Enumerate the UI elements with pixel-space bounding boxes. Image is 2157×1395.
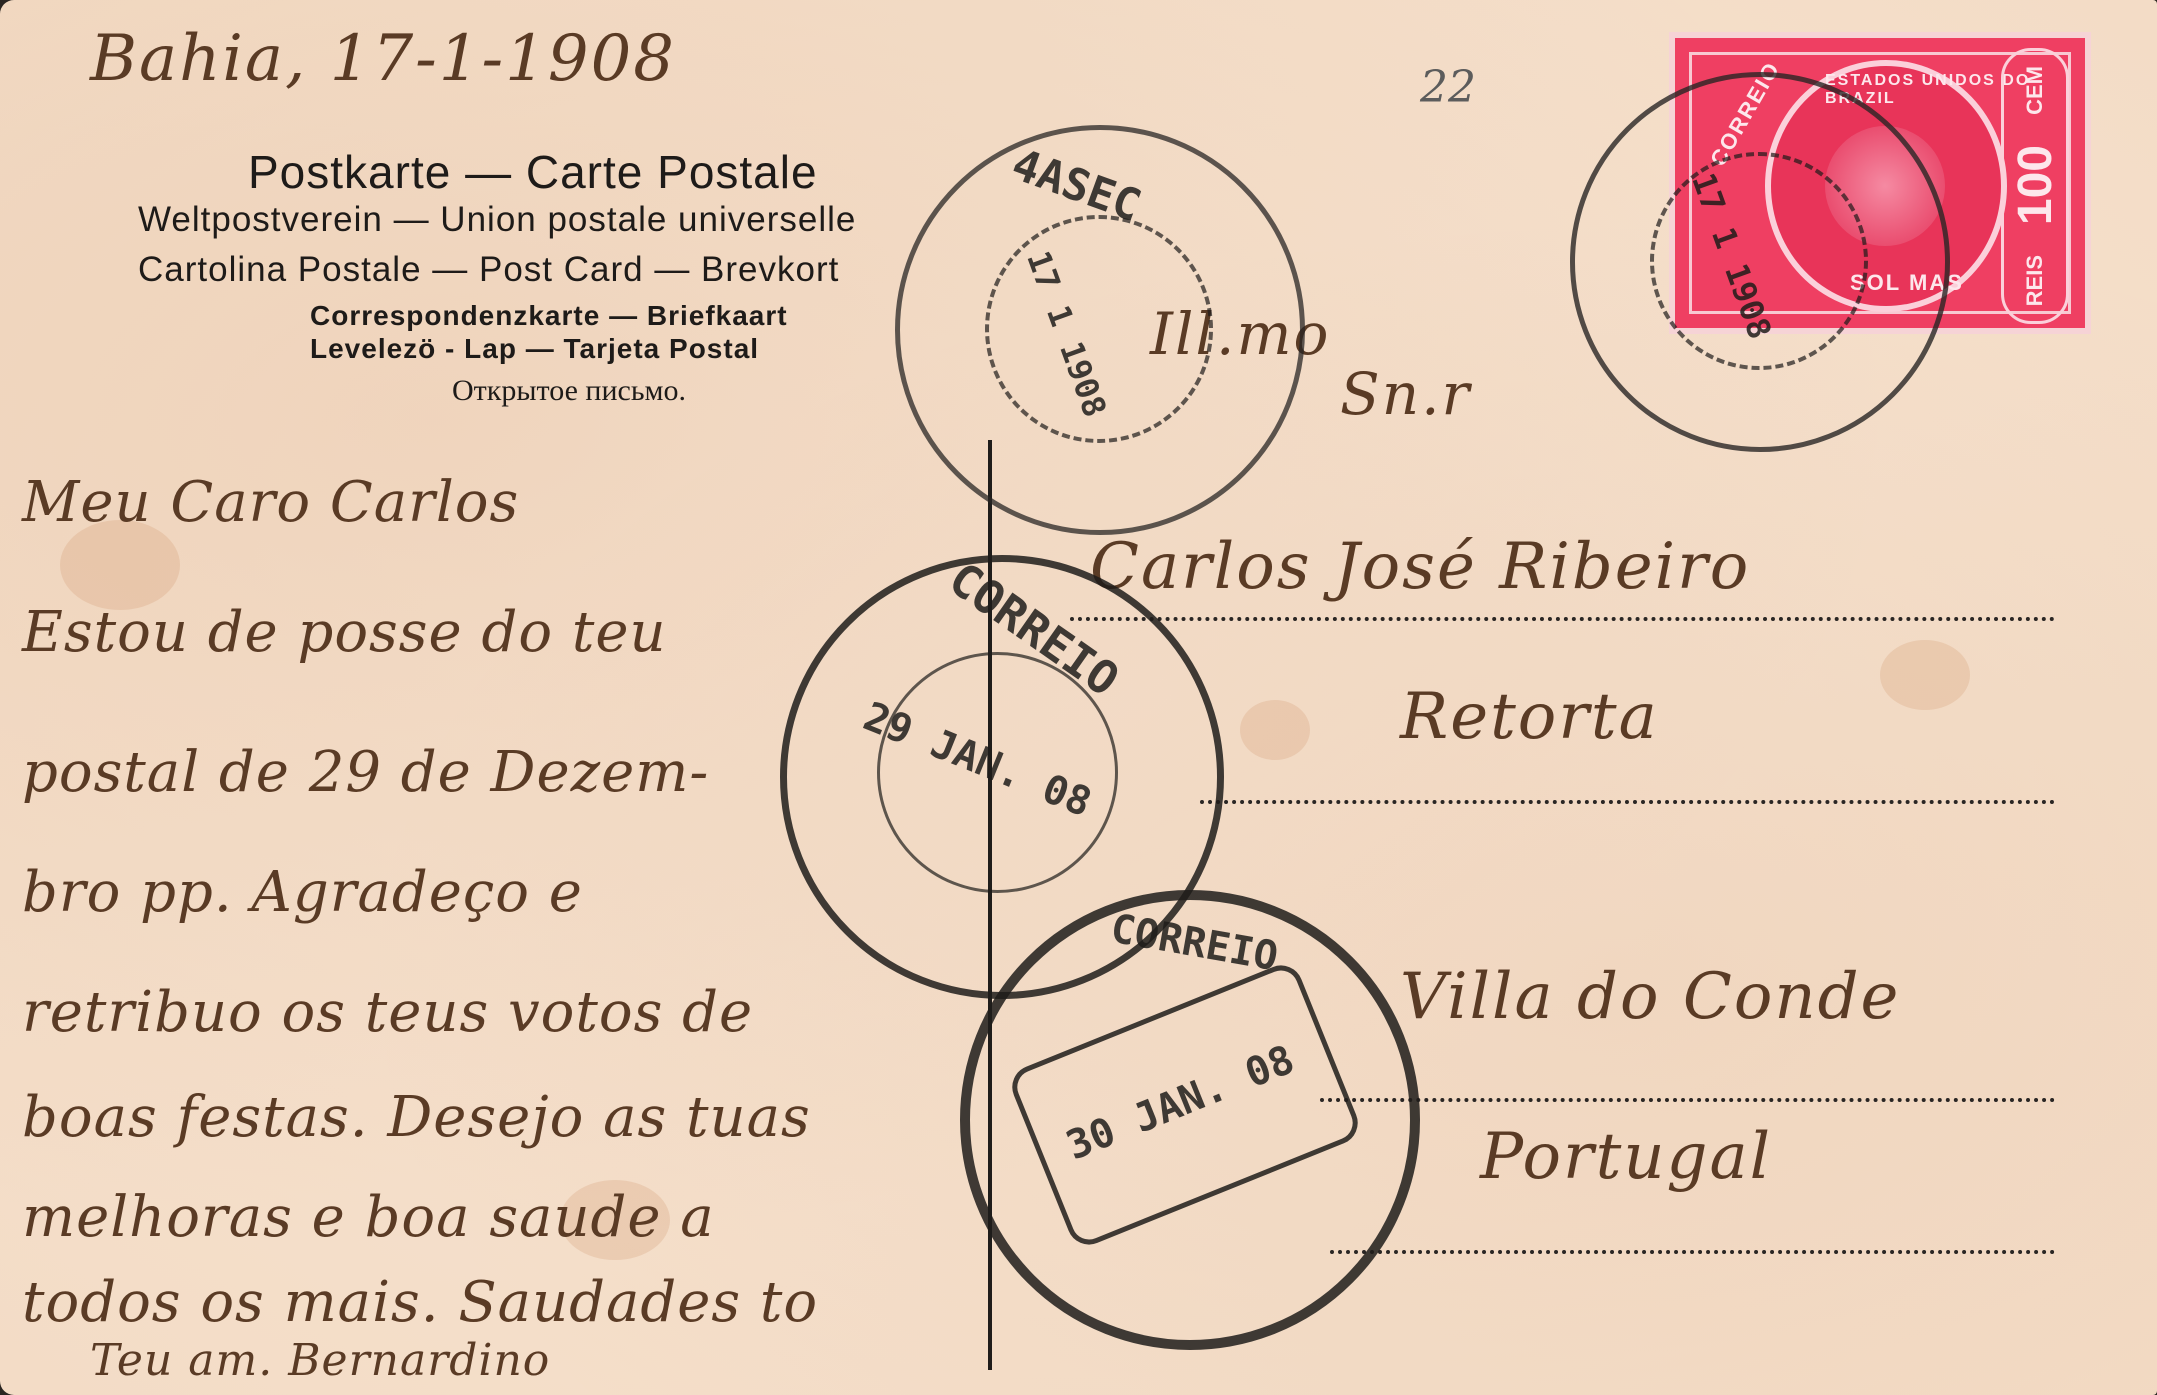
stamp-value-words: CEM — [2022, 66, 2048, 115]
message-line: boas festas. Desejo as tuas — [22, 1085, 811, 1150]
handwritten-date: Bahia, 17-1-1908 — [90, 22, 676, 96]
address-rule — [1200, 800, 2055, 804]
postmark-villa-do-conde: CORREIO 30 JAN. 08 — [960, 890, 1420, 1350]
foxing-spot — [1240, 700, 1310, 760]
address-rule — [1070, 617, 2055, 621]
message-line: todos os mais. Saudades to — [22, 1270, 818, 1335]
address-rule — [1320, 1098, 2055, 1102]
pencil-note: 22 — [1420, 62, 1476, 113]
address-country: Portugal — [1480, 1120, 1772, 1194]
message-line: Estou de posse do teu — [22, 600, 667, 665]
address-locality: Retorta — [1400, 680, 1659, 754]
stamp-value-number: 100 — [2008, 145, 2063, 225]
message-line: bro pp. Agradeço e — [22, 860, 583, 925]
address-name: Carlos José Ribeiro — [1090, 530, 1750, 604]
signature: Teu am. Bernardino — [90, 1335, 550, 1386]
address-rule — [1330, 1250, 2055, 1254]
foxing-spot — [1880, 640, 1970, 710]
header-line-3: Cartolina Postale — Post Card — Brevkort — [138, 250, 839, 290]
message-line: retribuo os teus votos de — [22, 980, 753, 1045]
postmark-ring-text: CORREIO — [1107, 906, 1281, 981]
message-line: Meu Caro Carlos — [22, 470, 519, 535]
stamp-currency: REIS — [2022, 255, 2048, 306]
stamp-value-panel: CEM 100 REIS — [2001, 48, 2069, 324]
header-line-2: Weltpostverein — Union postale universel… — [138, 200, 856, 240]
header-line-russian: Открытое письмо. — [452, 374, 686, 408]
postcard: Bahia, 17-1-1908 22 Postkarte — Carte Po… — [0, 0, 2157, 1395]
address-town: Villa do Conde — [1400, 960, 1900, 1034]
address-title: Sn.r — [1340, 360, 1471, 428]
header-line-5: Levelezö - Lap — Tarjeta Postal — [310, 333, 759, 365]
header-line-4: Correspondenzkarte — Briefkaart — [310, 300, 788, 332]
postmark-stamp-cancel: 17 1 1908 — [1570, 72, 1950, 452]
message-line: postal de 29 de Dezem- — [22, 740, 709, 805]
postmark-bahia: 4ASEC 17 1 1908 — [895, 125, 1305, 535]
message-line: melhoras e boa saude a — [22, 1185, 715, 1250]
header-title: Postkarte — Carte Postale — [248, 145, 818, 199]
